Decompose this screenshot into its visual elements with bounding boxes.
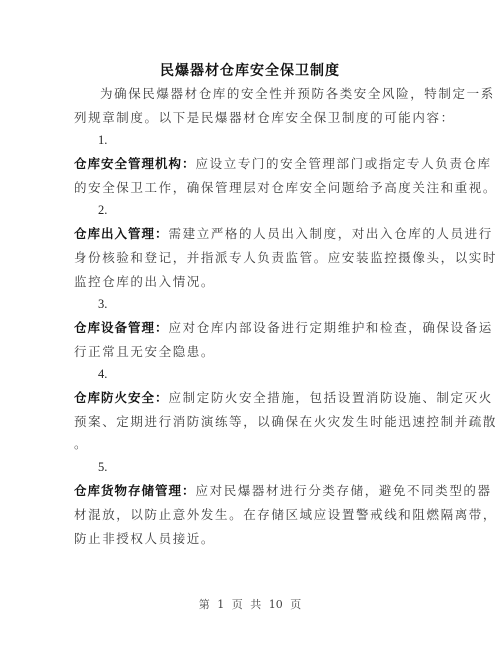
section-2-line-2: 身份核验和登记，并指派专人负责监管。应安装监控摄像头，以实时 [74,250,497,266]
section-4-heading: 仓库防火安全： [74,390,169,405]
section-1-number: 1. [98,133,107,148]
section-1-line-1: 仓库安全管理机构：应设立专门的安全管理部门或指定专人负责仓库 [74,156,492,172]
section-1-heading: 仓库安全管理机构： [74,156,196,171]
section-2-line-1: 仓库出入管理：需建立严格的人员出入制度，对出入仓库的人员进行 [74,226,493,242]
section-4-number: 4. [98,367,107,382]
document-page: 民爆器材仓库安全保卫制度 为确保民爆器材仓库的安全性并预防各类安全风险，特制定一… [0,0,500,647]
section-3-text: 应对仓库内部设备进行定期维护和检查，确保设备运 [169,320,493,335]
section-5-line-2: 材混放，以防止意外发生。在存储区域应设置警戒线和阻燃隔离带， [74,507,497,523]
section-5-heading: 仓库货物存储管理： [74,483,196,498]
section-3-line-2: 行正常且无安全隐患。 [74,344,215,360]
section-4-line-3: 。 [74,436,88,452]
section-5-line-3: 防止非授权人员接近。 [74,531,215,547]
section-3-line-1: 仓库设备管理：应对仓库内部设备进行定期维护和检查，确保设备运 [74,320,493,336]
intro-line-2: 列规章制度。以下是民爆器材仓库安全保卫制度的可能内容： [74,110,455,126]
section-1-line-2: 的安全保卫工作，确保管理层对仓库安全问题给予高度关注和重视。 [74,180,497,196]
section-5-number: 5. [98,460,107,475]
section-3-number: 3. [98,297,107,312]
section-2-text: 需建立严格的人员出入制度，对出入仓库的人员进行 [169,226,493,241]
section-4-line-1: 仓库防火安全：应制定防火安全措施，包括设置消防设施、制定灭火 [74,390,493,406]
section-2-line-3: 监控仓库的出入情况。 [74,274,215,290]
intro-line-1: 为确保民爆器材仓库的安全性并预防各类安全风险，特制定一系 [100,86,495,102]
section-2-number: 2. [98,203,107,218]
section-5-line-1: 仓库货物存储管理：应对民爆器材进行分类存储，避免不同类型的器 [74,483,492,499]
section-4-text: 应制定防火安全措施，包括设置消防设施、制定灭火 [169,390,493,405]
section-4-line-2: 预案、定期进行消防演练等，以确保在火灾发生时能迅速控制并疏散 [74,414,497,430]
section-1-text: 应设立专门的安全管理部门或指定专人负责仓库 [196,156,492,171]
section-5-text: 应对民爆器材进行分类存储，避免不同类型的器 [196,483,492,498]
section-2-heading: 仓库出入管理： [74,226,169,241]
document-title: 民爆器材仓库安全保卫制度 [0,60,500,80]
section-3-heading: 仓库设备管理： [74,320,169,335]
page-footer: 第 1 页 共 10 页 [0,596,500,612]
